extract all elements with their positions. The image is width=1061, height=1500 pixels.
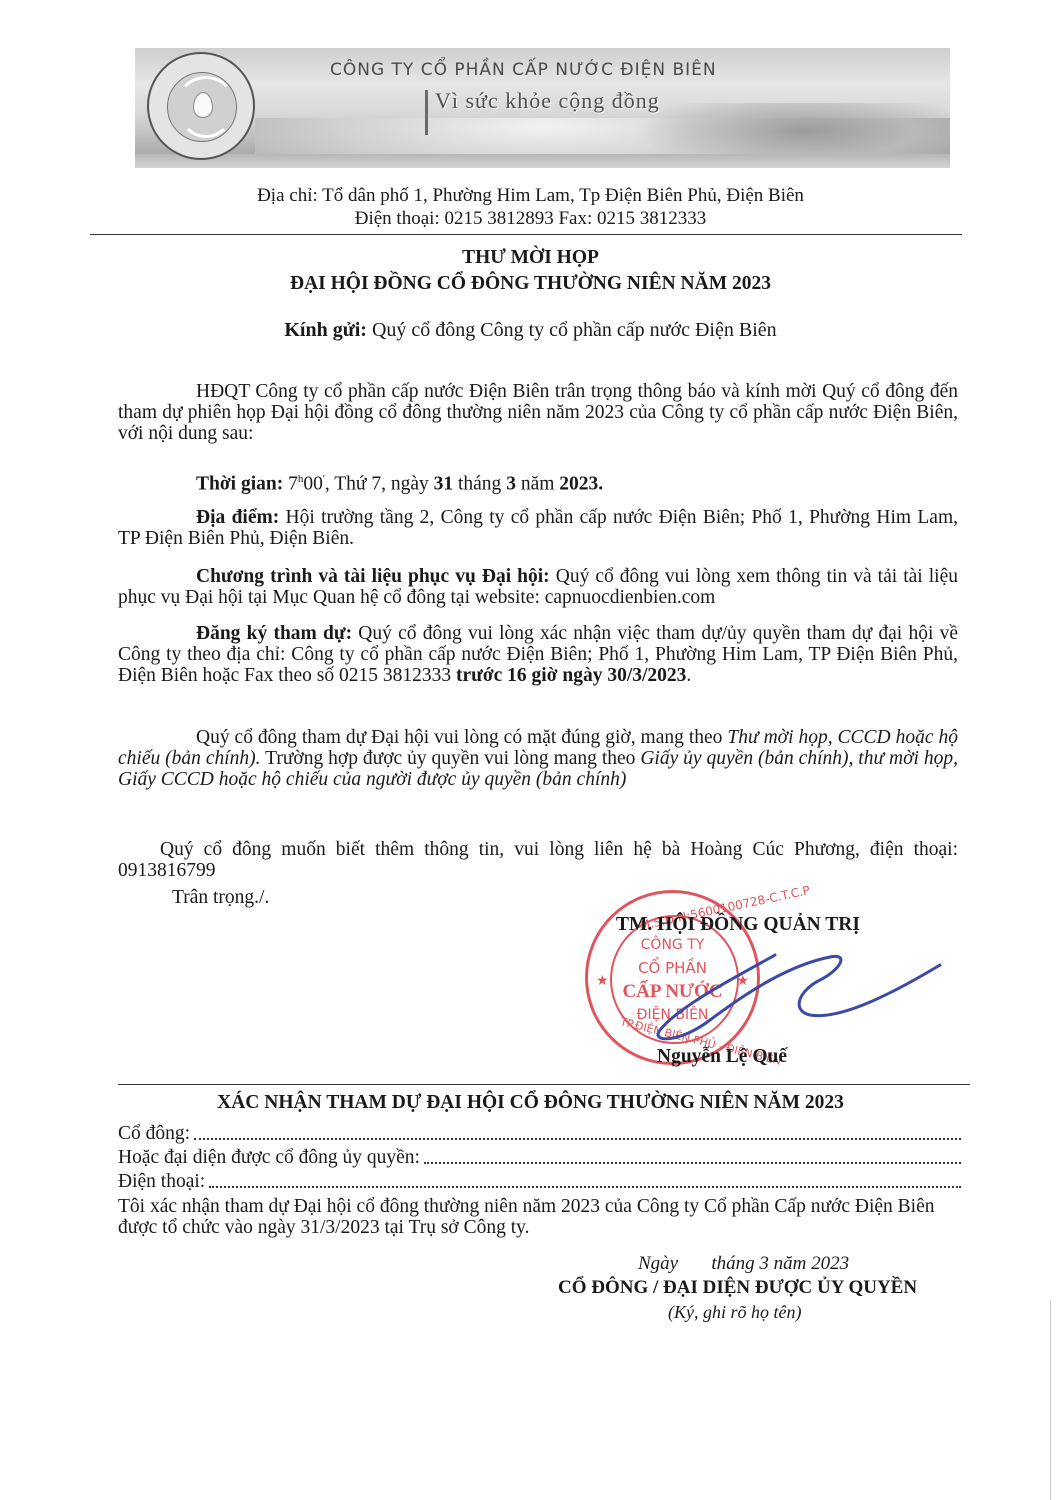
proxy-input-line[interactable]: [424, 1147, 961, 1164]
program-label: Chương trình và tài liệu phục vụ Đại hội…: [196, 566, 550, 587]
salutation-label: Kính gửi:: [284, 319, 367, 341]
phone-input-line[interactable]: [209, 1171, 961, 1188]
header-banner: CÔNG TY CỔ PHẦN CẤP NƯỚC ĐIỆN BIÊN Vì sứ…: [135, 48, 950, 168]
company-slogan: Vì sức khỏe cộng đồng: [435, 88, 660, 114]
registration-deadline: trước 16 giờ ngày 30/3/2023: [456, 665, 686, 686]
confirmation-signer: CỔ ĐÔNG / ĐẠI DIỆN ĐƯỢC ỦY QUYỀN: [558, 1277, 917, 1299]
water-drop-icon: [193, 92, 213, 118]
salutation: Kính gửi: Quý cổ đông Công ty cổ phần cấ…: [0, 319, 1061, 342]
header-divider: [90, 234, 962, 235]
attendance-paragraph: Quý cổ đông tham dự Đại hội vui lòng có …: [118, 727, 958, 790]
time-month: 3: [506, 474, 516, 495]
time-day-text: , Thứ 7, ngày: [325, 474, 434, 495]
signer-name: Nguyễn Lệ Quế: [657, 1046, 787, 1068]
proxy-label: Hoặc đại diện được cổ đông ủy quyền:: [118, 1147, 420, 1169]
time-label: Thời gian:: [196, 474, 283, 495]
company-name: CÔNG TY CỔ PHẦN CẤP NƯỚC ĐIỆN BIÊN: [330, 60, 717, 80]
confirmation-title: XÁC NHẬN THAM DỰ ĐẠI HỘI CỔ ĐÔNG THƯỜNG …: [0, 1092, 1061, 1114]
company-contact: Điện thoại: 0215 3812893 Fax: 0215 38123…: [0, 208, 1061, 230]
letter-subtitle: ĐẠI HỘI ĐỒNG CỔ ĐÔNG THƯỜNG NIÊN NĂM 202…: [0, 273, 1061, 295]
banner-band: [135, 154, 950, 168]
proxy-field[interactable]: Hoặc đại diện được cổ đông ủy quyền:: [118, 1147, 963, 1169]
signature-block: M.S.D.N:5600100728-C.T.C.P CÔNG TY CỔ PH…: [560, 880, 980, 1080]
scan-edge: [1050, 1300, 1051, 1500]
meeting-program: Chương trình và tài liệu phục vụ Đại hội…: [118, 566, 958, 608]
contact-paragraph: Quý cổ đông muốn biết thêm thông tin, vu…: [118, 839, 958, 881]
document-page: CÔNG TY CỔ PHẦN CẤP NƯỚC ĐIỆN BIÊN Vì sứ…: [0, 0, 1061, 1500]
droplet-icon: [425, 90, 428, 135]
letter-title: THƯ MỜI HỌP: [0, 247, 1061, 269]
registration-end: .: [686, 665, 691, 686]
time-year-text: năm: [516, 474, 559, 495]
time-month-text: tháng: [453, 474, 506, 495]
stamp-star-icon: ★: [596, 973, 609, 990]
meeting-registration: Đăng ký tham dự: Quý cổ đông vui lòng xá…: [118, 623, 958, 686]
time-year: 2023.: [559, 474, 603, 495]
time-hour: 7: [283, 474, 298, 495]
shareholder-field[interactable]: Cổ đông:: [118, 1123, 963, 1145]
signature-title: TM. HỘI ĐỒNG QUẢN TRỊ: [616, 914, 860, 936]
section-divider: [118, 1084, 970, 1085]
time-minute: 00: [303, 474, 323, 495]
confirmation-date: Ngày tháng 3 năm 2023: [638, 1253, 849, 1275]
intro-paragraph: HĐQT Công ty cổ phần cấp nước Điện Biên …: [118, 381, 958, 444]
attendance-text-1: Quý cổ đông tham dự Đại hội vui lòng có …: [196, 727, 727, 748]
shareholder-label: Cổ đông:: [118, 1123, 190, 1145]
attendance-text-2: Trường hợp được ủy quyền vui lòng mang t…: [261, 748, 641, 769]
confirmation-note: (Ký, ghi rõ họ tên): [668, 1302, 801, 1323]
registration-label: Đăng ký tham dự:: [196, 623, 352, 644]
company-logo: [147, 52, 255, 160]
time-day: 31: [434, 474, 454, 495]
meeting-venue: Địa điểm: Hội trường tầng 2, Công ty cổ …: [118, 507, 958, 549]
company-address: Địa chỉ: Tổ dân phố 1, Phường Him Lam, T…: [0, 185, 1061, 207]
salutation-text: Quý cổ đông Công ty cổ phần cấp nước Điệ…: [367, 319, 777, 341]
phone-label: Điện thoại:: [118, 1171, 205, 1193]
confirmation-statement: Tôi xác nhận tham dự Đại hội cổ đông thư…: [118, 1196, 978, 1238]
shareholder-input-line[interactable]: [194, 1123, 961, 1140]
meeting-time: Thời gian: 7h00', Thứ 7, ngày 31 tháng 3…: [118, 469, 958, 495]
phone-field[interactable]: Điện thoại:: [118, 1171, 963, 1193]
venue-label: Địa điểm:: [196, 507, 279, 528]
handwritten-signature-icon: [640, 935, 950, 1045]
